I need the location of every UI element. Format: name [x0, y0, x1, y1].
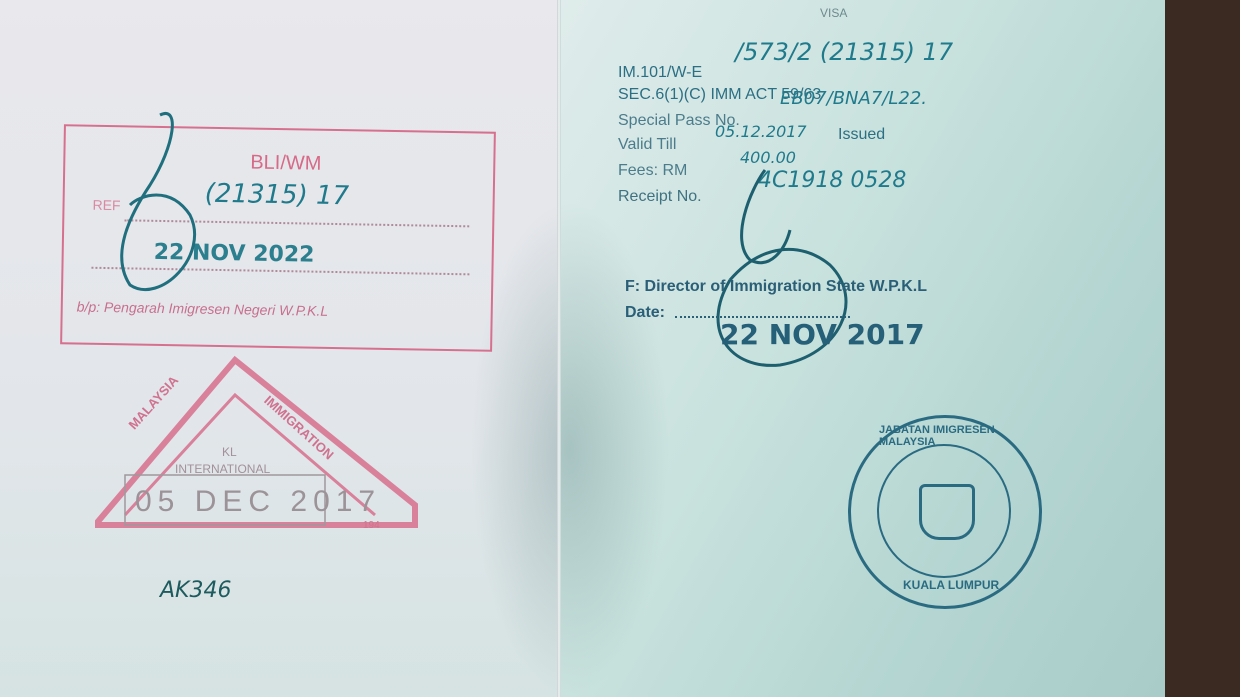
passport-fold — [557, 0, 561, 697]
seal-inner-ring — [877, 444, 1011, 578]
visa-stamp-date: 22 NOV 2017 — [720, 318, 925, 351]
field-im101-value: /573/2 (21315) 17 — [735, 38, 953, 66]
hand-shadow — [470, 200, 670, 697]
ref-stamp-title: BLI/WM — [250, 152, 322, 176]
handwritten-note: AK346 — [160, 578, 231, 603]
seal-top-text: JABATAN IMIGRESEN MALAYSIA — [879, 424, 1039, 448]
field-valid-till-label: Valid Till — [618, 136, 676, 154]
entry-stamp-code: 194 — [363, 520, 380, 531]
seal-bottom-text: KUALA LUMPUR — [903, 578, 999, 592]
field-special-pass-value: EB07/BNA7/L22. — [780, 88, 927, 109]
date-label: Date: — [625, 304, 665, 322]
signature-left — [100, 105, 220, 305]
coat-of-arms-icon — [919, 484, 975, 540]
immigration-seal: JABATAN IMIGRESEN MALAYSIA KUALA LUMPUR — [848, 415, 1042, 609]
entry-stamp-location-1: KL — [222, 445, 237, 459]
entry-stamp-location-2: INTERNATIONAL — [175, 462, 270, 476]
field-fees-label: Fees: RM — [618, 162, 687, 180]
ref-handwritten: (21315) 17 — [204, 179, 349, 212]
field-issued-label: Issued — [838, 126, 885, 144]
entry-stamp-date: 05 DEC 2017 — [135, 485, 381, 519]
visa-header: VISA — [820, 6, 847, 20]
signatory-line: F: Director of Immigration State W.P.K.L — [625, 278, 927, 296]
field-im101: IM.101/W-E — [618, 64, 702, 82]
field-valid-till-value: 05.12.2017 — [715, 122, 807, 141]
